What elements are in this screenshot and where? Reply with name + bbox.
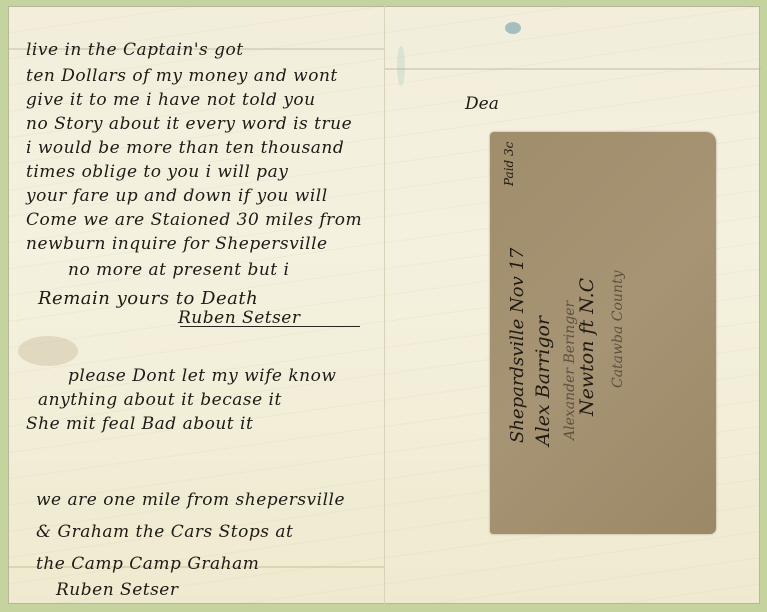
- salutation: Dea: [465, 94, 499, 114]
- postscript2-line: & Graham the Cars Stops at: [36, 522, 293, 542]
- letter-line: Come we are Staioned 30 miles from: [26, 210, 362, 230]
- right-page: Dea Shepardsville Nov 17 Alex Barrigor A…: [384, 6, 761, 604]
- signature-flourish: [180, 326, 360, 327]
- letter-line: your fare up and down if you will: [26, 186, 328, 206]
- envelope: Shepardsville Nov 17 Alex Barrigor Alexa…: [490, 132, 716, 534]
- letter-line: ten Dollars of my money and wont: [26, 66, 338, 86]
- envelope-corner-note: Paid 3c: [502, 142, 516, 186]
- letter-line: no more at present but i: [68, 260, 289, 280]
- letter-line: live in the Captain's got: [26, 40, 244, 60]
- letter-line: times oblige to you i will pay: [26, 162, 288, 182]
- postscript-line: She mit feal Bad about it: [26, 414, 253, 434]
- signature: Ruben Setser: [178, 308, 301, 328]
- envelope-county: Catawba County: [610, 271, 626, 388]
- postscript2-signature: Ruben Setser: [56, 580, 179, 600]
- postscript2-line: we are one mile from shepersville: [36, 490, 345, 510]
- letter-line: give it to me i have not told you: [26, 90, 316, 110]
- envelope-addressee: Alex Barrigor: [532, 316, 554, 446]
- letter-line: no Story about it every word is true: [26, 114, 352, 134]
- letter-sheet: live in the Captain's got ten Dollars of…: [8, 6, 760, 604]
- stain: [397, 46, 405, 86]
- envelope-postmark-line: Shepardsville Nov 17: [507, 248, 528, 443]
- letter-line: newburn inquire for Shepersville: [26, 234, 328, 254]
- postscript2-line: the Camp Camp Graham: [36, 554, 259, 574]
- postscript-line: please Dont let my wife know: [68, 366, 336, 386]
- left-page: live in the Captain's got ten Dollars of…: [8, 6, 384, 604]
- postscript-line: anything about it becase it: [38, 390, 282, 410]
- stain: [18, 336, 78, 366]
- closing-line: Remain yours to Death: [38, 288, 258, 309]
- envelope-location: Newton ft N.C: [576, 278, 598, 416]
- fold-line: [385, 68, 761, 70]
- ink-spot: [505, 22, 521, 34]
- letter-line: i would be more than ten thousand: [26, 138, 344, 158]
